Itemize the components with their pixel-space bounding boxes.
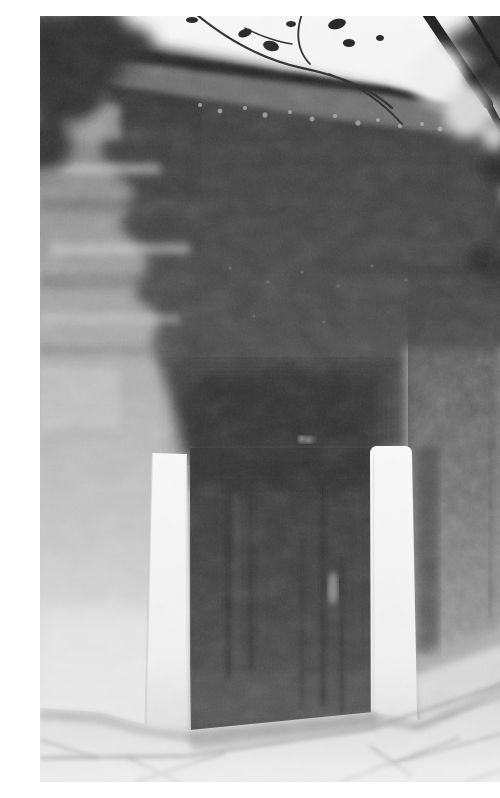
film-grain-fine [40,16,500,782]
bw-photograph-gate-entrance [40,16,500,782]
photo-canvas [40,16,500,782]
